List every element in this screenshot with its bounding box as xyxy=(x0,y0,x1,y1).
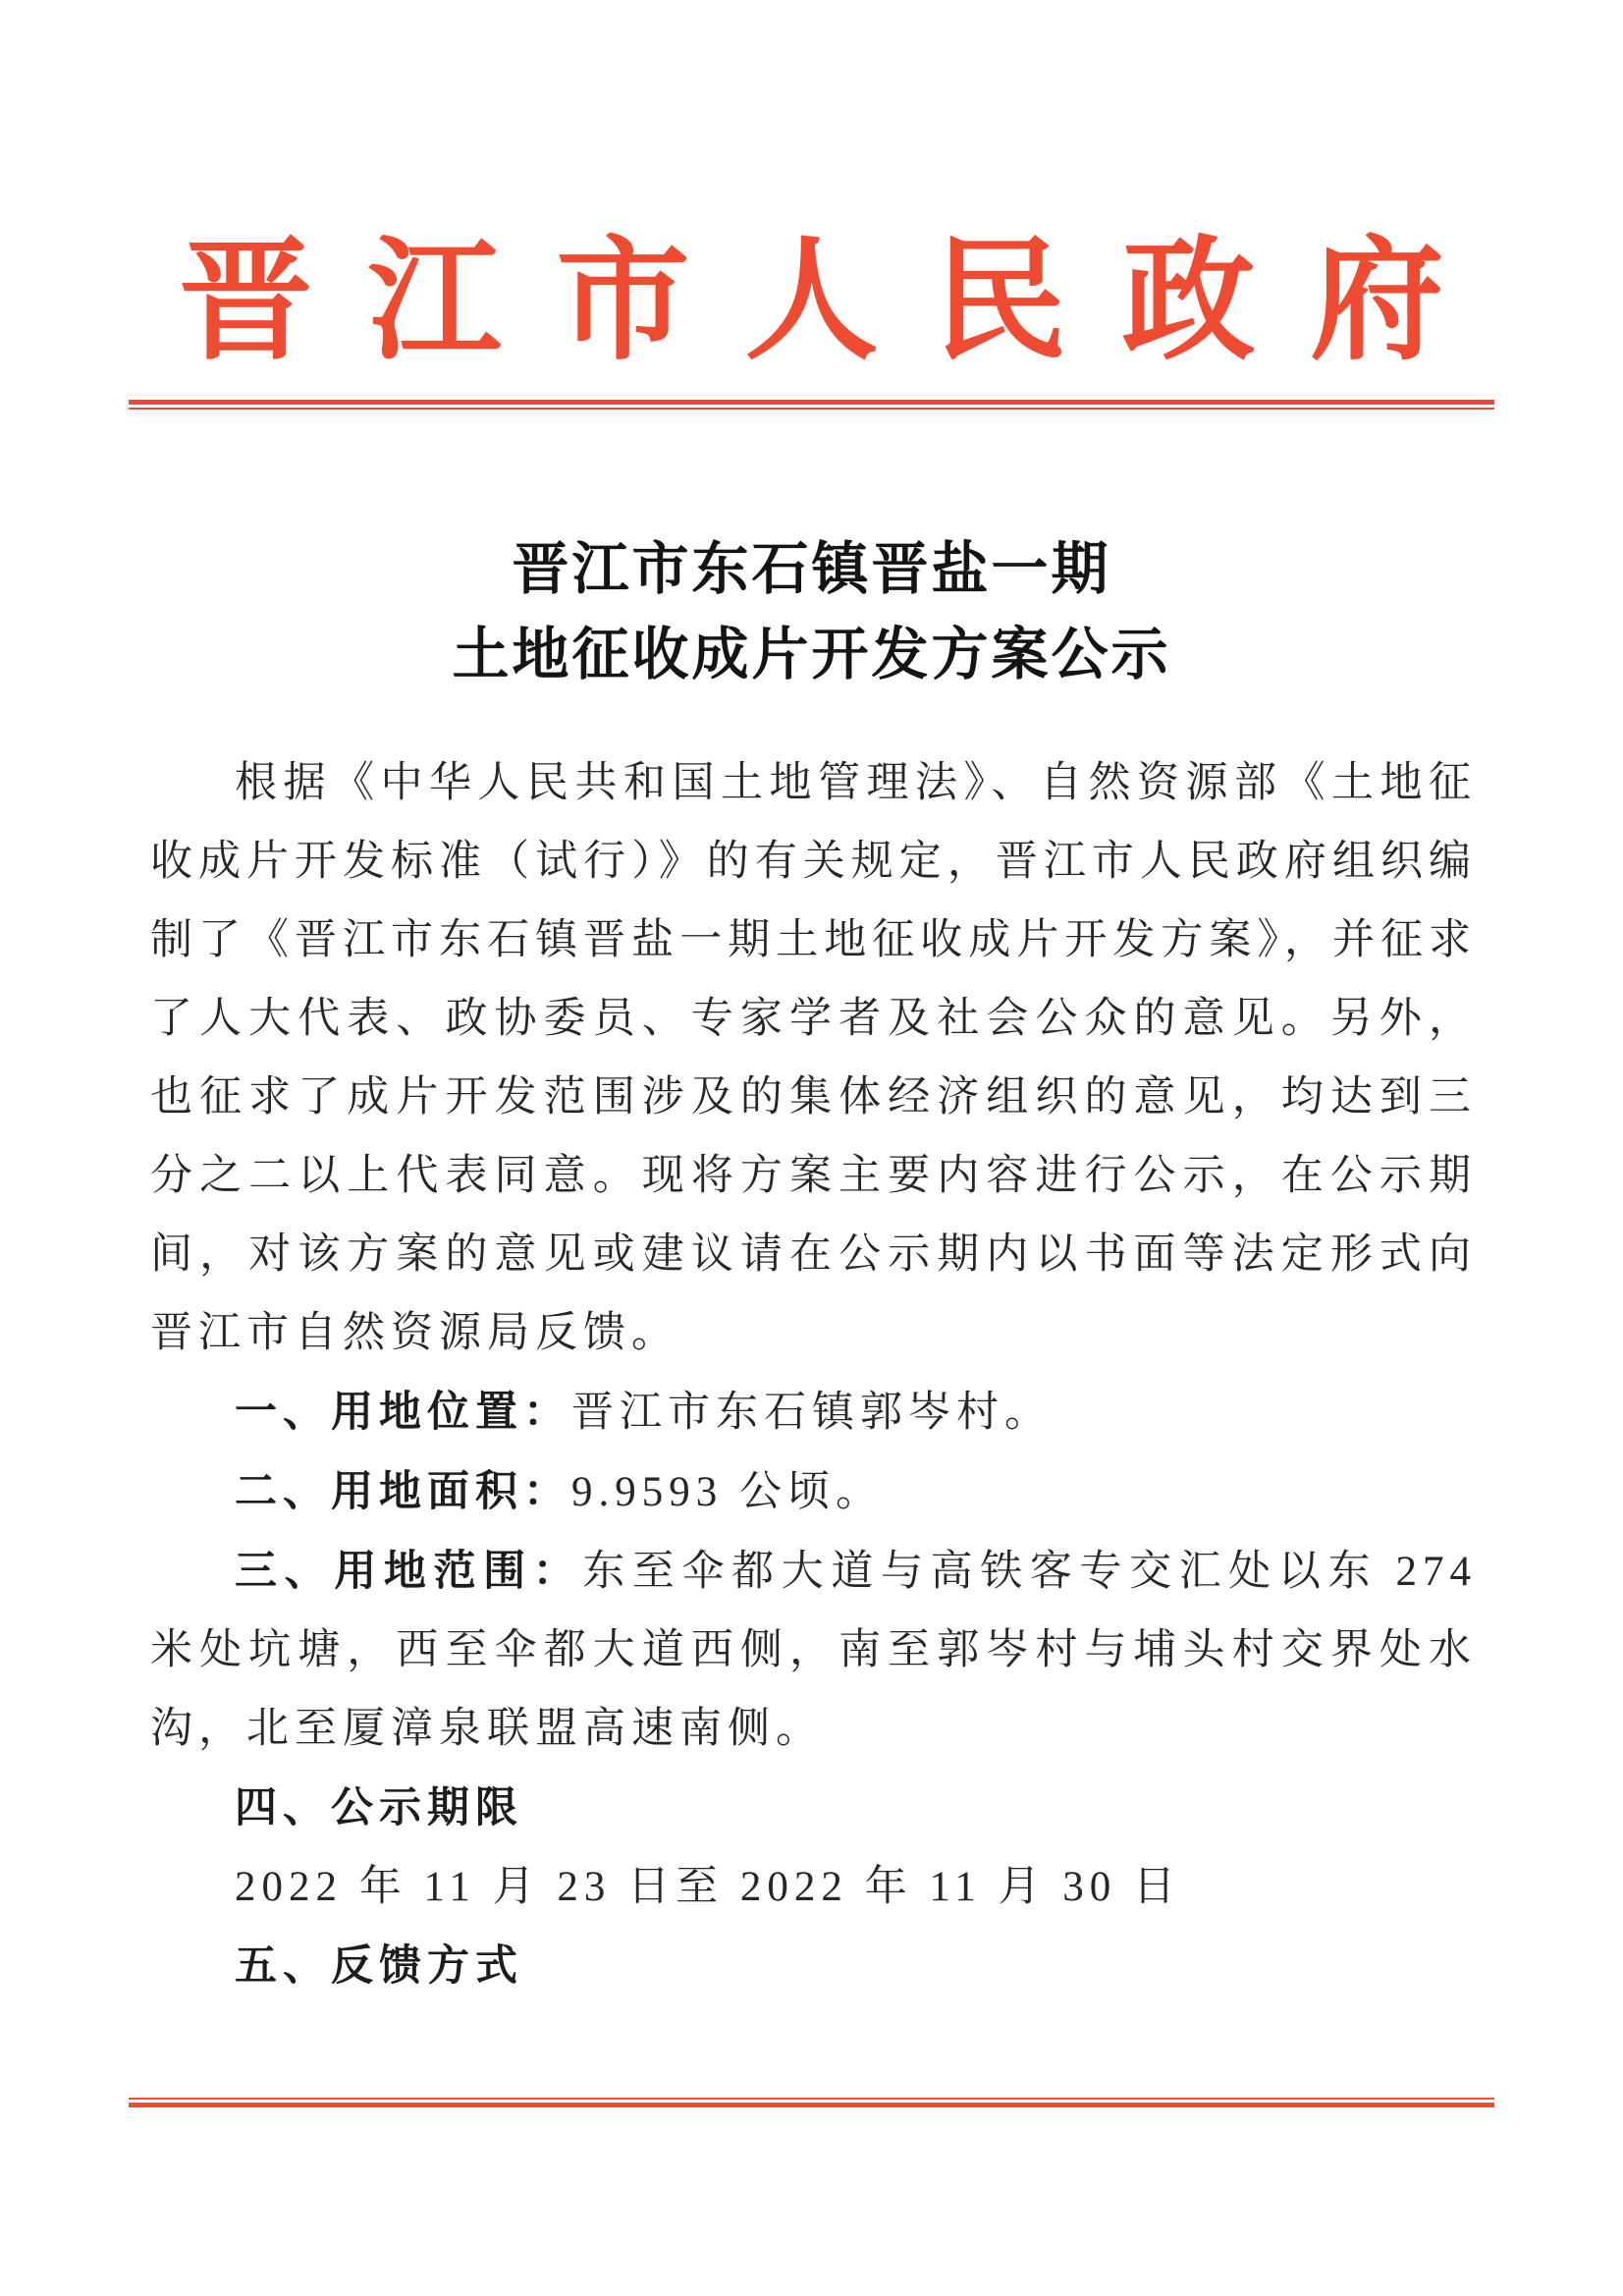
item-publicity-period-label: 四、公示期限 xyxy=(235,1783,523,1832)
footer-divider-thick-line xyxy=(129,2103,1494,2107)
government-masthead: 晋江市人民政府 xyxy=(0,224,1623,381)
item-land-location: 一、用地位置：晋江市东石镇郭岑村。 xyxy=(150,1373,1477,1452)
document-body: 根据《中华人民共和国土地管理法》、自然资源部《土地征收成片开发标准（试行）》的有… xyxy=(150,744,1477,2006)
item-land-scope-label: 三、用地范围： xyxy=(235,1547,582,1596)
item-feedback-method: 五、反馈方式 xyxy=(150,1927,1477,2006)
masthead-divider-thin-line xyxy=(129,408,1494,410)
document-title-line1: 晋江市东石镇晋盐一期 xyxy=(0,526,1623,612)
document-title-line2: 土地征收成片开发方案公示 xyxy=(0,612,1623,697)
publicity-date-range: 2022 年 11 月 23 日至 2022 年 11 月 30 日 xyxy=(150,1848,1477,1927)
item-publicity-period: 四、公示期限 xyxy=(150,1769,1477,1848)
item-land-location-label: 一、用地位置： xyxy=(235,1388,571,1437)
intro-paragraph: 根据《中华人民共和国土地管理法》、自然资源部《土地征收成片开发标准（试行）》的有… xyxy=(150,744,1477,1373)
document-title: 晋江市东石镇晋盐一期 土地征收成片开发方案公示 xyxy=(0,526,1623,697)
item-land-area-label: 二、用地面积： xyxy=(235,1467,571,1516)
masthead-divider xyxy=(129,400,1494,410)
item-land-area: 二、用地面积：9.9593 公顷。 xyxy=(150,1452,1477,1532)
item-land-area-value: 9.9593 公顷。 xyxy=(571,1469,884,1515)
item-feedback-method-label: 五、反馈方式 xyxy=(235,1941,523,1991)
footer-divider xyxy=(129,2098,1494,2107)
item-land-scope: 三、用地范围：东至伞都大道与高铁客专交汇处以东 274 米处坑塘，西至伞都大道西… xyxy=(150,1532,1477,1769)
document-page: 晋江市人民政府 晋江市东石镇晋盐一期 土地征收成片开发方案公示 根据《中华人民共… xyxy=(0,0,1623,2296)
item-land-location-value: 晋江市东石镇郭岑村。 xyxy=(571,1390,1053,1436)
